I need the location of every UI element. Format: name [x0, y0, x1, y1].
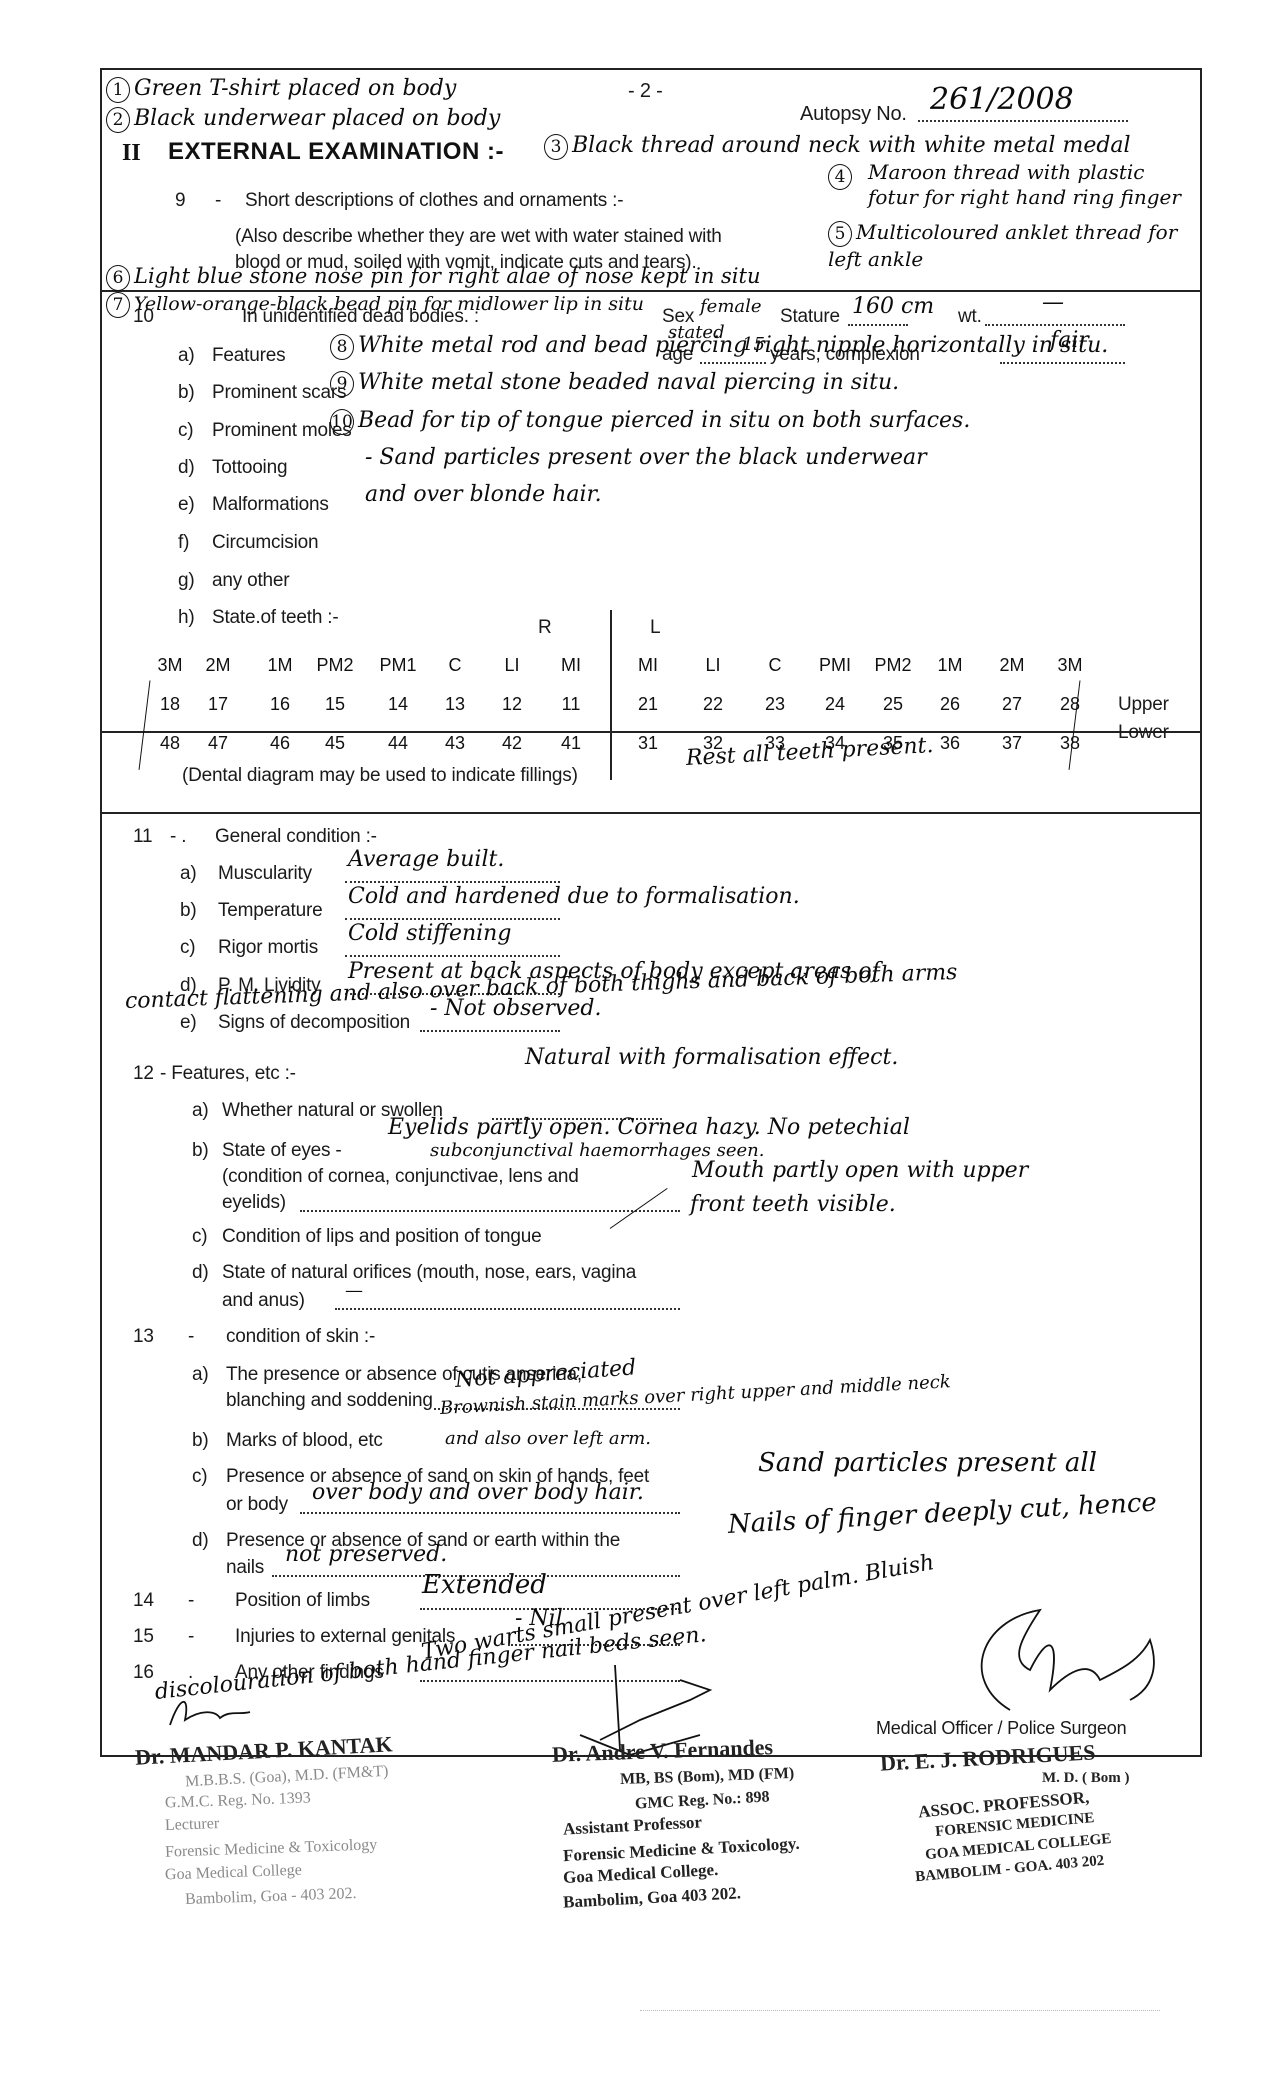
item-15-dash: - [188, 1626, 194, 1648]
field-value-text: White metal stone beaded naval piercing … [358, 370, 899, 395]
item-13-dash: - [188, 1326, 194, 1348]
item-12b-key: b) [192, 1140, 209, 1162]
field-value-text: Bead for tip of tongue pierced in situ o… [358, 408, 970, 433]
sex-value: female [700, 296, 762, 317]
item-13b-label: Marks of blood, etc [226, 1430, 383, 1452]
teeth-midline [610, 610, 612, 780]
doctor-detail: Assistant Professor [563, 1812, 703, 1839]
tooth-cell: PM2 [874, 655, 911, 676]
tooth-cell: 26 [940, 694, 960, 715]
item-12c-value: Mouth partly open with upper [692, 1158, 1028, 1183]
tooth-cell: 44 [388, 733, 408, 754]
tooth-cell: 12 [502, 694, 522, 715]
tooth-cell: 23 [765, 694, 785, 715]
item-14-value: Extended [422, 1570, 547, 1600]
field-label: Prominent scars [212, 382, 346, 404]
item-12c-key: c) [192, 1226, 207, 1248]
item-13a-key: a) [192, 1364, 209, 1386]
item-13-label: condition of skin :- [226, 1326, 375, 1348]
teeth-left-label: L [650, 617, 660, 639]
item-13b-key: b) [192, 1430, 209, 1452]
item-12b-sub: eyelids) [222, 1192, 286, 1214]
entry-number: 7 [106, 292, 130, 318]
item-13d-value-cont: not preserved. [285, 1542, 447, 1567]
field-key: e) [178, 494, 195, 516]
field-key: a) [180, 863, 197, 885]
item-11-number: 11 [133, 826, 152, 848]
item-12c-label: Condition of lips and position of tongue [222, 1226, 541, 1248]
item-9-note: blood or mud, soiled with vomit, indicat… [235, 252, 697, 274]
entry-number: 3 [544, 134, 568, 160]
item-13c-label-cont: or body [226, 1494, 288, 1516]
tooth-cell: 45 [325, 733, 345, 754]
field-value-text: and over blonde hair. [365, 482, 602, 507]
autopsy-number-value: 261/2008 [930, 82, 1074, 117]
field-label: Tottooing [212, 457, 287, 479]
field-key: b) [178, 382, 195, 404]
clothes-entry: 3Black thread around neck with white met… [544, 132, 1184, 160]
field-label: Rigor mortis [218, 937, 318, 959]
item-13d-label-cont: nails [226, 1557, 264, 1579]
section-numeral: II [122, 140, 141, 167]
field-value-text: White metal rod and bead piercing right … [358, 333, 1108, 358]
entry-number: 9 [330, 371, 354, 397]
tooth-cell: 31 [638, 733, 658, 754]
item-12d-value: — [345, 1280, 363, 1301]
field-value: and over blonde hair. [365, 482, 602, 507]
tooth-cell: 11 [562, 694, 581, 715]
tooth-cell: 3M [1057, 655, 1082, 676]
tooth-cell: 25 [883, 694, 903, 715]
item-12b-line [300, 1196, 680, 1212]
signature-kantak [160, 1690, 310, 1740]
entry-number: 5 [828, 221, 852, 247]
item-13a-label-cont: blanching and soddening [226, 1390, 433, 1412]
field-key: a) [178, 345, 195, 367]
field-key: c) [180, 937, 195, 959]
doctor-detail: Forensic Medicine & Toxicology [165, 1836, 378, 1861]
tooth-cell: C [769, 655, 782, 676]
item-11-label: General condition :- [215, 826, 377, 848]
item-12d-key: d) [192, 1262, 209, 1284]
item-13d-key: d) [192, 1530, 209, 1552]
tooth-cell: 22 [703, 694, 723, 715]
stature-label: Stature [780, 306, 840, 328]
tooth-cell: 41 [561, 733, 581, 754]
field-key: d) [178, 457, 195, 479]
tooth-cell: 14 [388, 694, 408, 715]
tooth-cell: LI [504, 655, 519, 676]
item-9-note: (Also describe whether they are wet with… [235, 226, 722, 248]
field-key: b) [180, 900, 197, 922]
field-label: Muscularity [218, 863, 312, 885]
signature-rodrigues [950, 1600, 1190, 1740]
item-9-dash: - [215, 190, 221, 212]
tooth-cell: 48 [160, 733, 180, 754]
item-12d-label: State of natural orifices (mouth, nose, … [222, 1262, 636, 1284]
field-label: any other [212, 570, 289, 592]
entry-number: 6 [106, 265, 130, 291]
item-12-label-text: Features, etc :- [171, 1063, 296, 1084]
doctor-detail: GMC Reg. No.: 898 [635, 1788, 770, 1813]
tooth-cell: 16 [270, 694, 290, 715]
item-14-label: Position of limbs [235, 1590, 370, 1612]
tooth-cell: 43 [445, 733, 465, 754]
stature-value: 160 cm [852, 294, 934, 319]
item-12c-value-cont: front teeth visible. [690, 1192, 896, 1217]
tooth-cell: 13 [445, 694, 465, 715]
field-value: 10Bead for tip of tongue pierced in situ… [330, 408, 970, 435]
field-value-text: - Sand particles present over the black … [365, 445, 927, 470]
field-value: Average built. [348, 847, 504, 872]
field-label: Features [212, 345, 285, 367]
tooth-cell: 21 [638, 694, 658, 715]
entry-text: Black thread around neck with white meta… [572, 133, 1131, 158]
page-marker: - 2 - [628, 80, 663, 103]
field-value: Cold stiffening [348, 921, 511, 946]
tooth-cell: 27 [1002, 694, 1022, 715]
doctor-detail: Goa Medical College [165, 1862, 302, 1885]
item-13c-key: c) [192, 1466, 207, 1488]
item-13c-value-cont: over body and over body hair. [312, 1480, 644, 1505]
doctor-detail: Lecturer [165, 1815, 220, 1835]
doctor-detail: Bambolim, Goa 403 202. [563, 1883, 742, 1912]
field-value: Cold and hardened due to formalisation. [348, 884, 800, 909]
entry-number: 1 [106, 77, 130, 103]
entry-text: Black underwear placed on body [134, 106, 500, 131]
tooth-cell: 3M [157, 655, 182, 676]
field-value: 8White metal rod and bead piercing right… [330, 333, 1108, 360]
doctor-detail: Bambolim, Goa - 403 202. [185, 1885, 357, 1909]
tooth-cell: 24 [825, 694, 845, 715]
scan-noise [640, 2010, 1160, 2015]
item-14-number: 14 [133, 1590, 154, 1612]
tooth-cell: LI [705, 655, 720, 676]
item-9-label: Short descriptions of clothes and orname… [245, 190, 623, 212]
teeth-right-label: R [538, 617, 552, 639]
weight-value: — [1042, 290, 1064, 315]
item-12d-label-cont: and anus) [222, 1290, 305, 1312]
doctor-degree: M. D. ( Bom ) [1042, 1770, 1129, 1787]
entry-number: 4 [828, 164, 852, 190]
tooth-cell: 1M [267, 655, 292, 676]
clothes-entry: 5Multicoloured anklet thread for left an… [828, 220, 1188, 271]
item-9-number: 9 [175, 190, 185, 212]
item-16-number: 16 [133, 1662, 154, 1684]
tooth-cell: 37 [1002, 733, 1022, 754]
doctor-degree: M.B.B.S. (Goa), M.D. (FM&T) [185, 1763, 389, 1792]
autopsy-report-page: - 2 - Autopsy No. 261/2008 II EXTERNAL E… [0, 0, 1275, 2100]
item-12d-line [335, 1294, 680, 1310]
entry-number: 8 [330, 334, 354, 360]
tooth-cell: 15 [325, 694, 345, 715]
autopsy-number-label: Autopsy No. [800, 103, 907, 126]
tooth-cell: 1M [937, 655, 962, 676]
section-title: EXTERNAL EXAMINATION :- [168, 138, 504, 166]
item-12a-key: a) [192, 1100, 209, 1122]
item-15-number: 15 [133, 1626, 154, 1648]
tooth-cell: MI [561, 655, 581, 676]
clothes-entry: 4 [828, 163, 856, 190]
item-12-label: - Features, etc :- [160, 1063, 296, 1085]
field-label: Signs of decomposition [218, 1012, 410, 1034]
tooth-cell: 47 [208, 733, 228, 754]
field-key: f) [178, 532, 189, 554]
item-12-number: 12 [133, 1063, 154, 1085]
field-label: Malformations [212, 494, 329, 516]
tooth-cell: PM2 [316, 655, 353, 676]
tooth-cell: C [449, 655, 462, 676]
item-12b-sub: (condition of cornea, conjunctivae, lens… [222, 1166, 579, 1188]
tooth-cell: 46 [270, 733, 290, 754]
tooth-cell: MI [638, 655, 658, 676]
clothes-entry: 2Black underwear placed on body [106, 106, 500, 133]
item-14-dash: - [188, 1590, 194, 1612]
item-13b-value-cont: and also over left arm. [445, 1428, 651, 1449]
item-12b-value: Eyelids partly open. Cornea hazy. No pet… [388, 1115, 1188, 1140]
item-10-label: In unidentified dead bodies. : [242, 306, 479, 328]
entry-text: Green T-shirt placed on body [134, 76, 456, 101]
item-11-dash: - . [170, 826, 186, 848]
item-13c-value: Sand particles present all [758, 1448, 1097, 1478]
doctor-detail: G.M.C. Reg. No. 1393 [165, 1789, 311, 1812]
tooth-cell: PMI [819, 655, 851, 676]
lower-label: Lower [1118, 722, 1169, 744]
tooth-cell: PM1 [379, 655, 416, 676]
entry-number: 10 [330, 409, 354, 435]
upper-label: Upper [1118, 694, 1169, 716]
tooth-cell: 2M [999, 655, 1024, 676]
field-value: - Sand particles present over the black … [365, 445, 927, 470]
clothes-entry: 1Green T-shirt placed on body [106, 76, 456, 103]
field-value: 9White metal stone beaded naval piercing… [330, 370, 899, 397]
entry-text: Multicoloured anklet thread for left ank… [828, 220, 1177, 271]
section-divider [100, 812, 1200, 814]
tooth-cell: 18 [160, 694, 180, 715]
item-12b-label: State of eyes - [222, 1140, 342, 1162]
field-label: Circumcision [212, 532, 318, 554]
field-key: e) [180, 1012, 197, 1034]
entry-number: 2 [106, 107, 130, 133]
weight-label: wt. [958, 306, 982, 328]
item-10-number: 10 [133, 306, 154, 328]
tooth-cell: 42 [502, 733, 522, 754]
tooth-cell: 36 [940, 733, 960, 754]
item-13-number: 13 [133, 1326, 154, 1348]
tooth-cell: 2M [205, 655, 230, 676]
field-key: c) [178, 420, 193, 442]
clothes-entry-text: Maroon thread with plastic fotur for rig… [868, 160, 1188, 210]
tooth-cell: 17 [208, 694, 228, 715]
item-12a-value: Natural with formalisation effect. [525, 1045, 898, 1070]
field-label: Temperature [218, 900, 322, 922]
field-value: - Not observed. [430, 996, 601, 1021]
field-key: g) [178, 570, 195, 592]
field-label: State.of teeth :- [212, 607, 339, 629]
dental-diagram-note: (Dental diagram may be used to indicate … [182, 765, 578, 787]
field-key: h) [178, 607, 195, 629]
